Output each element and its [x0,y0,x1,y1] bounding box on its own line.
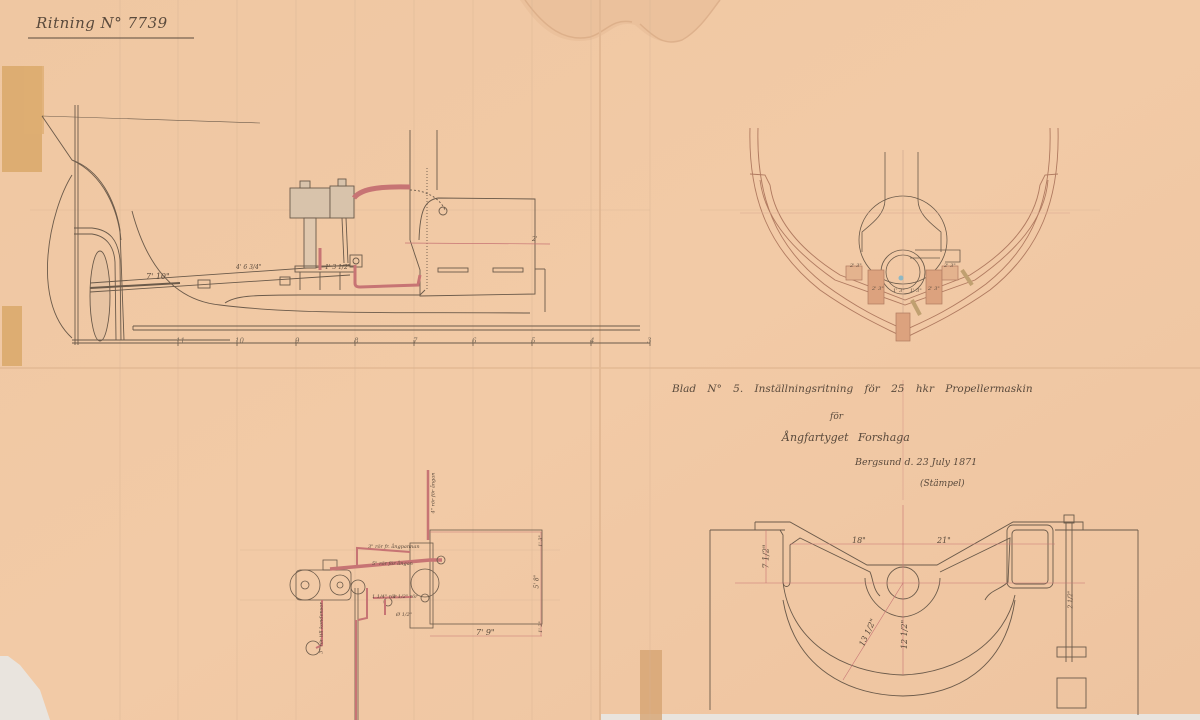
station-label: 4 [590,337,594,345]
bed-dim-right: 21" [937,536,951,545]
drawing-sheet: Ritning N° 7739 Blad N° 5. Inställningsr… [0,0,1200,720]
plan-dim-top: 1' 3" [538,535,544,547]
drawing-number: Ritning N° 7739 [36,14,168,32]
station-label: 6 [472,337,476,345]
pipe-label: 1 1/2" rör [393,594,418,600]
bed-dim-height: 7 1/2" [762,544,771,568]
station-label: 5 [531,337,535,345]
bolt-dim: 2 1/2" [1068,590,1075,608]
shaft-dimension-2: 4' 6 3/4" [236,264,262,271]
propeller [90,251,110,341]
boiler-width-dim: 7' 9" [476,628,495,637]
tape-piece [2,306,22,366]
section-dim: 2' 3" [850,263,862,269]
caption-title-line: Blad N° 5. Inställningsritning för 25 hk… [672,383,1033,395]
caption-for-line: för [830,412,843,422]
engine-cylinder [290,188,330,218]
tape-piece [640,650,662,720]
pipe-label: 3" rör fr. ångpannan [368,544,420,550]
plan-dim-bottom: 1' 2" [538,621,544,633]
bed-dim-left: 18" [852,536,866,545]
section-dim: 2' 3" [872,286,884,292]
station-label: 10 [235,337,244,345]
caption-vessel-name: Ångfartyget Forshaga [782,431,910,444]
boiler-dimension: 2' [532,236,537,243]
pipe-label: Ø 1/2" [396,612,412,618]
shaft-dimension: 7' 10" [146,272,170,281]
boiler-depth-dim: 5' 8" [533,575,540,589]
shaft-dimension-3: 1' 3 1/2" [325,264,351,271]
section-dim: 1' 3" [910,288,922,294]
technical-drawing [0,0,1200,720]
caption-place-date: Bergsund d. 23 July 1871 [855,457,977,468]
pipe-label: 4" rör för ångan [430,473,436,514]
pipe-label: 3" rör till kondensor [319,602,325,653]
section-dim: 2' 3" [944,263,956,269]
station-label: 3 [647,337,651,345]
station-label: 8 [354,337,358,345]
station-label: 9 [295,337,299,345]
caption-stamp: (Stämpel) [920,479,965,489]
section-dim: 2' 3" [928,286,940,292]
pipe-label: 5" rör för ångan [372,561,413,567]
station-label: 11 [176,337,185,345]
section-dim: 1' 3" [893,288,905,294]
bed-dim-radius-vert: 12 1/2" [900,620,909,649]
station-label: 7 [413,337,417,345]
